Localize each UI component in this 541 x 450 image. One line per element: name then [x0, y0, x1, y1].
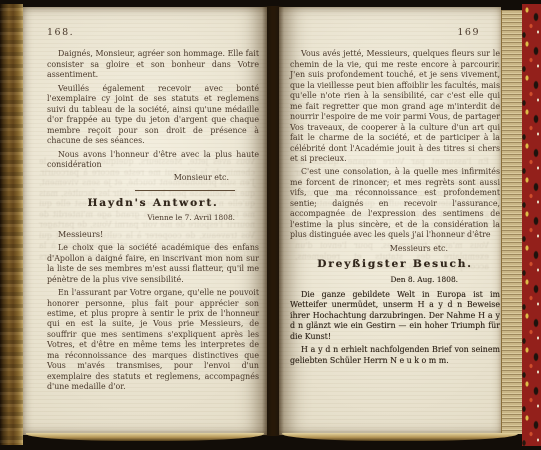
- paragraph: Nous avons l'honneur d'être avec la plus…: [47, 150, 259, 171]
- letter-closing: Monsieur etc.: [47, 173, 229, 183]
- paragraph: C'est une consolation, à la quelle mes i…: [290, 167, 500, 240]
- paragraph: H a y d n erhielt nachfolgenden Brief vo…: [290, 345, 500, 366]
- chapter-dateline: Den 8. Aug. 1808.: [290, 275, 458, 285]
- paragraph: Veuillés également recevoir avec bonté l…: [47, 84, 259, 147]
- right-page-text-column: 169 Vous avés jetté, Messieurs, quelques…: [290, 28, 500, 369]
- right-page: En l'assurant par Votre organe, qu'elle …: [279, 7, 501, 435]
- letter-dateline: Vienne le 7. Avril 1808.: [47, 213, 235, 223]
- page-number-right: 169: [290, 28, 500, 38]
- page-bottom-edge-left: [26, 433, 264, 441]
- page-number-left: 168.: [47, 28, 259, 38]
- left-page: Vous avés jetté, Messieurs, quelques fle…: [23, 7, 267, 435]
- page-bottom-edge-right: [282, 433, 518, 441]
- book-gutter: [262, 6, 284, 436]
- paragraph: Die ganze gebildete Welt in Europa ist i…: [290, 290, 500, 342]
- open-book-photo: Vous avés jetté, Messieurs, quelques fle…: [0, 0, 541, 450]
- paragraph: Vous avés jetté, Messieurs, quelques fle…: [290, 49, 500, 164]
- paragraph: Le choix que la société académique des e…: [47, 243, 259, 285]
- paragraph: En l'assurant par Votre organe, qu'elle …: [47, 288, 259, 393]
- chapter-heading: Dreyßigster Besuch.: [290, 259, 500, 269]
- book-spine-edge: [0, 4, 23, 445]
- left-page-text-column: 168. Daignés, Monsieur, agréer son homma…: [47, 28, 259, 396]
- letter-salutation: Messieurs!: [47, 229, 259, 239]
- marbled-cover-edge: [522, 4, 541, 446]
- closed-pages-edge: [501, 10, 523, 434]
- paragraph: Daignés, Monsieur, agréer son hommage. E…: [47, 49, 259, 80]
- section-rule: [135, 190, 235, 191]
- section-heading: Haydn's Antwort.: [47, 198, 259, 208]
- letter-closing: Messieurs etc.: [290, 244, 448, 254]
